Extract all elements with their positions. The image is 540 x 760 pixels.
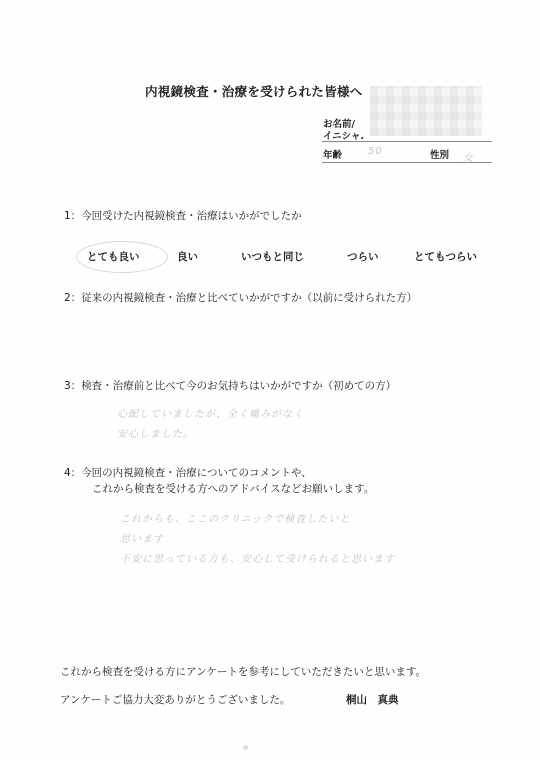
name-underline bbox=[322, 141, 492, 142]
sex-label: 性別 bbox=[430, 147, 449, 161]
q1-number: 1： bbox=[64, 210, 81, 222]
scan-speck bbox=[243, 745, 248, 750]
age-label: 年齢 bbox=[323, 147, 342, 161]
q2-text: 従来の内視鏡検査・治療と比べていかがですか（以前に受けられた方） bbox=[81, 292, 417, 304]
q4-answer-line1: これからも、ここのクリニックで検査したいと bbox=[120, 510, 350, 525]
q4-answer-line2: 思います bbox=[120, 530, 164, 545]
q2-number: 2： bbox=[64, 292, 81, 304]
document-title: 内視鏡検査・治療を受けられた皆様へ bbox=[145, 82, 363, 100]
closing-line2: アンケートご協力大変ありがとうございました。 bbox=[60, 692, 290, 707]
q3-question: 3：検査・治療前と比べて今のお気持ちはいかがですか（初めての方） bbox=[64, 378, 396, 393]
redacted-name-mosaic bbox=[370, 86, 482, 136]
q4-number: 4： bbox=[64, 467, 81, 479]
q1-option-good[interactable]: 良い bbox=[177, 249, 198, 264]
q4-text-line2: これから検査を受ける方へのアドバイスなどお願いします。 bbox=[92, 481, 374, 496]
q1-option-same[interactable]: いつもと同じ bbox=[241, 249, 304, 264]
age-value: 50 bbox=[368, 146, 383, 157]
signature: 桐山 真典 bbox=[346, 692, 399, 707]
q3-answer-line1: 心配していましたが、全く痛みがなく bbox=[117, 405, 304, 420]
q4-answer-line3: 不安に思っている方も、安心して受けられると思います bbox=[120, 550, 395, 565]
q1-question: 1：今回受けた内視鏡検査・治療はいかがでしたか bbox=[64, 208, 302, 223]
q1-option-very-good[interactable]: とても良い bbox=[87, 249, 140, 264]
q1-option-hard[interactable]: つらい bbox=[347, 249, 379, 264]
q3-answer-line2: 安心しました。 bbox=[117, 425, 194, 440]
name-label-line2: イニシャ. bbox=[323, 128, 364, 142]
q4-text-line1: 今回の内視鏡検査・治療についてのコメントや、 bbox=[81, 467, 312, 479]
q2-question: 2：従来の内視鏡検査・治療と比べていかがですか（以前に受けられた方） bbox=[64, 290, 417, 305]
q1-option-very-hard[interactable]: とてもつらい bbox=[414, 249, 477, 264]
q3-number: 3： bbox=[64, 380, 81, 392]
q3-text: 検査・治療前と比べて今のお気持ちはいかがですか（初めての方） bbox=[81, 380, 396, 392]
age-sex-underline bbox=[322, 162, 492, 163]
q4-question-line1: 4：今回の内視鏡検査・治療についてのコメントや、 bbox=[64, 465, 312, 480]
closing-line1: これから検査を受ける方にアンケートを参考にしていただきたいと思います。 bbox=[60, 664, 426, 679]
q1-text: 今回受けた内視鏡検査・治療はいかがでしたか bbox=[81, 210, 302, 222]
